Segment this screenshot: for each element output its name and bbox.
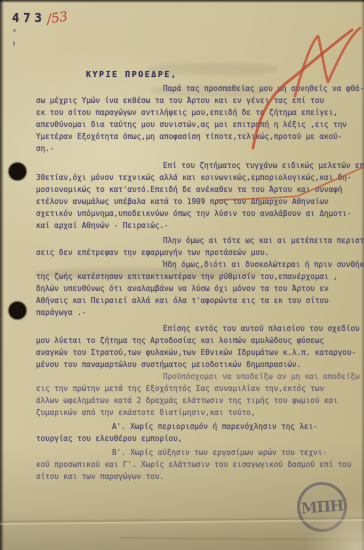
archive-suffix-handwritten: /53 bbox=[46, 9, 69, 27]
scan-edge-left bbox=[0, 0, 4, 550]
text-line: ζυμαρικών από την εκάστοτε διατίμησιν,κα… bbox=[36, 407, 362, 419]
scanned-letter-page: 473/53 ΚΥΡΙΕ ΠΡΟΕΔΡΕ, Παρά τας προσπαθεί… bbox=[0, 0, 364, 550]
text-line: της ζωής κατέστησαν επιτακτικωτέραν την … bbox=[36, 271, 362, 283]
text-line: Πλην όμως αι τότε ως και αι μετέπειτα πε… bbox=[36, 235, 362, 247]
text-line: μοσιονομικώς το κατ'αυτό.Επειδή δε ανέκα… bbox=[36, 184, 362, 196]
text-line: Επί του ζητήματος τυγχάνω ειδικώς μελετώ… bbox=[36, 160, 362, 172]
salutation: ΚΥΡΙΕ ΠΡΟΕΔΡΕ, bbox=[86, 69, 177, 79]
text-line: Προϋπόσχομαι να υποδείξω αν μη και αποδε… bbox=[36, 371, 362, 383]
text-line: εις την πρώτην μετά της Εξοχότητός Σας σ… bbox=[36, 383, 362, 395]
ink-dot-mark bbox=[13, 41, 15, 46]
text-line: παράγωγα .- bbox=[36, 307, 362, 319]
text-line: απευθύνομαι δια ταύτης μου συνιστών,ας μ… bbox=[36, 119, 362, 131]
ink-dot-mark bbox=[13, 29, 16, 32]
hole-punch bbox=[9, 163, 26, 180]
letter-body: Παρά τας προσπαθείας μου μη συνηθείς να … bbox=[36, 83, 362, 483]
text-line: Υμετέραν Εξοχότητα όπως,μη αποφασίση τίπ… bbox=[36, 131, 362, 143]
text-line: Επίσης εντός του αυτού πλαισίου του σχεδ… bbox=[36, 323, 362, 335]
text-line: τουργίας του ελευθέρου εμπορίου, bbox=[36, 433, 362, 445]
text-line: Β'. Χωρίς αύξησιν των εργασίμων ωρών του… bbox=[36, 447, 362, 459]
text-line: αναγκών του Στρατού,των φυλακών,των Εθνι… bbox=[36, 347, 362, 359]
text-line: σεις δεν επέτρεψαν την εφαρμογήν των προ… bbox=[36, 247, 362, 259]
text-line: Ήδη όμως,διότι αι δυσκολώτεραι ή πριν συ… bbox=[36, 259, 362, 271]
paper-corner-wear bbox=[304, 502, 364, 550]
hole-punch bbox=[9, 302, 26, 319]
text-line: εκ του σίτου παραγώγων αντιλήψεις μου,επ… bbox=[36, 107, 362, 119]
scan-edge-top bbox=[0, 0, 364, 3]
text-line: μένου του παναμαρτώλου συστήματος μειοδο… bbox=[36, 359, 362, 371]
text-line: ετέλουν ανωμάλως υπέβαλα κατά το 1909 πρ… bbox=[36, 196, 362, 208]
text-line: Α'. Χωρίς περιορισμόν ή παρενόχλησιν της… bbox=[36, 421, 362, 433]
text-line: σχετικόν υπόμνημα,υποδεικνύων όπως την λ… bbox=[36, 208, 362, 220]
text-line: ση.- bbox=[36, 143, 362, 155]
text-line: κού προσωπικού και Γ'. Χωρίς ελάττωσιν τ… bbox=[36, 459, 362, 471]
text-line: Αθήναις και Πειραιεί αλλά και όλα τ'αφορ… bbox=[36, 295, 362, 307]
text-line: σίτου και των παραγώγων του. bbox=[36, 471, 362, 483]
text-line: δηλών υπευθύνως ότι αναλαμβάνω να λύσω ό… bbox=[36, 283, 362, 295]
text-line: Παρά τας προσπαθείας μου μη συνηθείς να … bbox=[36, 83, 362, 95]
text-line: άλλων ωφελημάτων κατά 2 δραχμάς ελάττωσι… bbox=[36, 395, 362, 407]
archive-number-stamp: 473 bbox=[12, 11, 46, 25]
text-line: σω μέχρις Υμών ίνα εκθέσω τα του Άρτου κ… bbox=[36, 95, 362, 107]
text-line: καί αρχαί Αθηνών - Πειραιώς.- bbox=[36, 220, 362, 232]
archive-reference: 473/53 bbox=[12, 7, 68, 26]
text-line: 30ετίαν,όχι μόνον τεχνικώς αλλά και κοιν… bbox=[36, 172, 362, 184]
text-line: μου λύεται το ζήτημα της Αρτοδοσίας και … bbox=[36, 335, 362, 347]
